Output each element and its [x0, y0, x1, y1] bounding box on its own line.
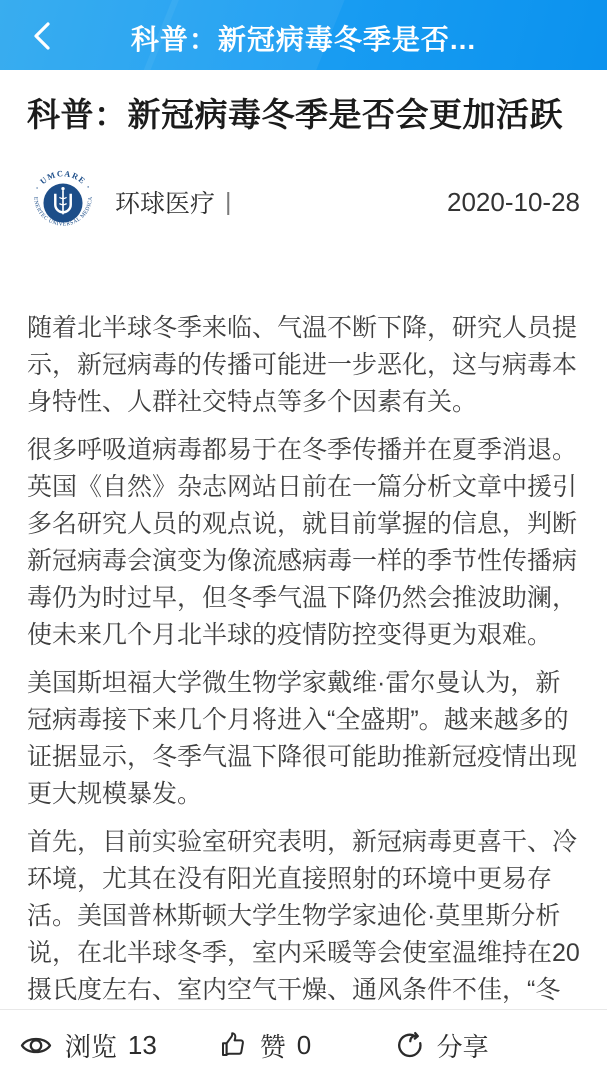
publisher-separator: | [225, 188, 232, 217]
paragraph-2: 很多呼吸道病毒都易于在冬季传播并在夏季消退。英国《自然》杂志网站日前在一篇分析文… [27, 432, 580, 654]
views-button[interactable]: 浏览 13 [0, 1027, 177, 1064]
paragraph-1: 随着北半球冬季来临、气温不断下降，研究人员提示，新冠病毒的传播可能进一步恶化，这… [27, 310, 580, 421]
back-button[interactable] [24, 18, 60, 54]
share-circular-arrow-icon [395, 1031, 424, 1060]
publisher-name[interactable]: 环球医疗 | [115, 184, 232, 220]
thumbs-up-icon [219, 1031, 247, 1059]
views-label: 浏览 [65, 1027, 117, 1064]
app-bar: 科普：新冠病毒冬季是否... [0, 0, 607, 70]
article-content: 科普：新冠病毒冬季是否会更加活跃 · UMCARE · GENERTEC UNI… [0, 70, 607, 1020]
like-count: 0 [297, 1030, 311, 1061]
eye-icon [20, 1033, 52, 1058]
publisher-name-label: 环球医疗 [115, 184, 215, 220]
article-page: 科普：新冠病毒冬季是否... 科普：新冠病毒冬季是否会更加活跃 · UMCARE… [0, 0, 607, 1080]
publisher-logo-icon[interactable]: · UMCARE · GENERTEC UNIVERSAL MEDICAL [27, 166, 99, 238]
share-button[interactable]: 分享 [353, 1027, 530, 1064]
like-label: 赞 [260, 1027, 286, 1064]
like-button[interactable]: 赞 0 [177, 1027, 354, 1064]
article-body: 随着北半球冬季来临、气温不断下降，研究人员提示，新冠病毒的传播可能进一步恶化，这… [27, 310, 580, 1009]
publish-date: 2020-10-28 [447, 187, 580, 218]
app-bar-title: 科普：新冠病毒冬季是否... [0, 12, 607, 58]
paragraph-4: 首先，目前实验室研究表明，新冠病毒更喜干、冷环境，尤其在没有阳光直接照射的环境中… [27, 824, 580, 1009]
bottom-action-bar: 浏览 13 赞 0 分享 [0, 1009, 607, 1080]
article-meta: · UMCARE · GENERTEC UNIVERSAL MEDICAL 环球… [27, 166, 580, 238]
share-label: 分享 [437, 1027, 489, 1064]
views-count: 13 [128, 1030, 157, 1061]
paragraph-3: 美国斯坦福大学微生物学家戴维·雷尔曼认为，新冠病毒接下来几个月将进入“全盛期”。… [27, 665, 580, 813]
article-title: 科普：新冠病毒冬季是否会更加活跃 [27, 95, 580, 135]
chevron-left-icon [30, 19, 54, 53]
